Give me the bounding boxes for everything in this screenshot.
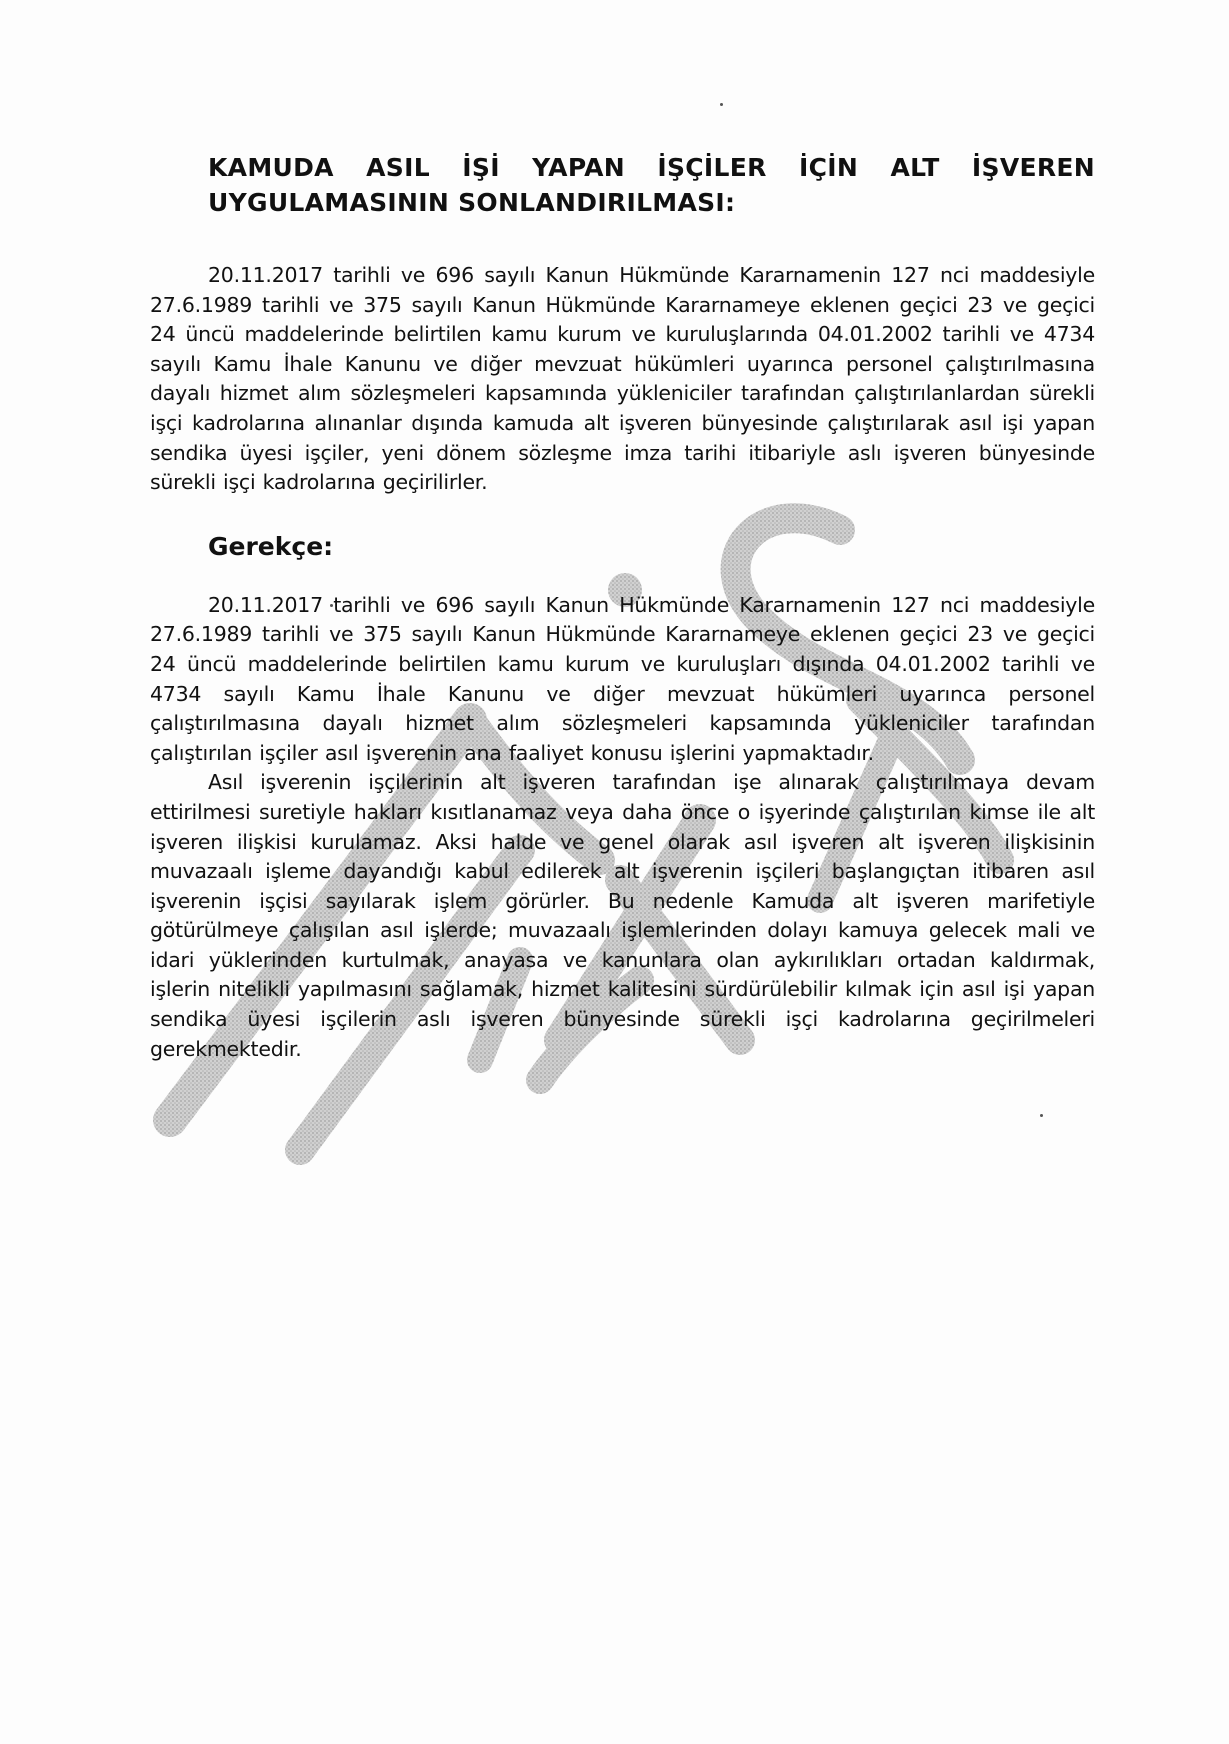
scan-speck <box>720 103 723 106</box>
proposal-paragraph: 20.11.2017 tarihli ve 696 sayılı Kanun H… <box>150 261 1095 498</box>
document-body: KAMUDA ASIL İŞİ YAPAN İŞÇİLER İÇİN ALT İ… <box>150 150 1095 1064</box>
document-title: KAMUDA ASIL İŞİ YAPAN İŞÇİLER İÇİN ALT İ… <box>208 150 1095 220</box>
scan-speck <box>1040 1114 1043 1117</box>
rationale-heading: Gerekçe: <box>208 530 1095 564</box>
rationale-paragraph-2: Asıl işverenin işçilerinin alt işveren t… <box>150 768 1095 1064</box>
rationale-paragraph-1: 20.11.2017 tarihli ve 696 sayılı Kanun H… <box>150 591 1095 769</box>
document-page: KAMUDA ASIL İŞİ YAPAN İŞÇİLER İÇİN ALT İ… <box>0 0 1229 1744</box>
